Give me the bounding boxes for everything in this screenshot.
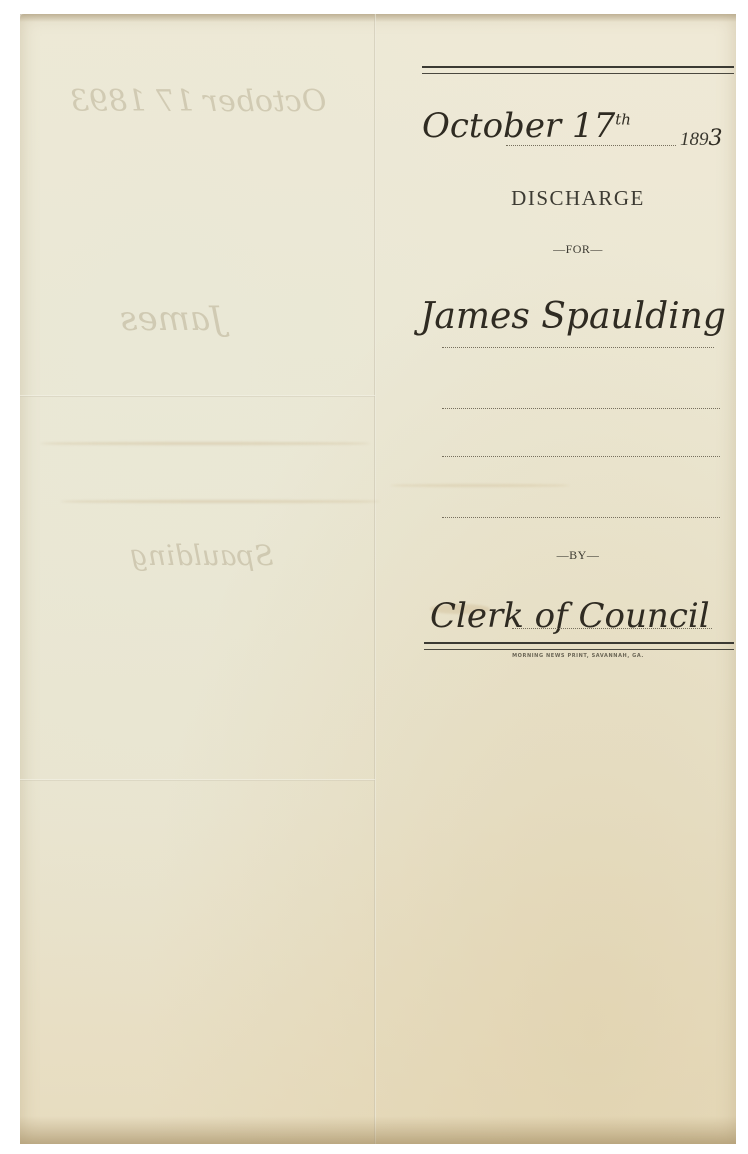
horizontal-fold-crease xyxy=(20,395,375,397)
signature-dotted-line xyxy=(512,628,712,629)
printer-imprint: MORNING NEWS PRINT, SAVANNAH, GA. xyxy=(422,653,734,659)
discharge-document: October 17 1893 James Spaulding October … xyxy=(20,14,736,1144)
printed-year-prefix: 189 xyxy=(680,129,709,150)
top-double-rule xyxy=(422,66,734,74)
water-stain xyxy=(40,442,370,445)
by-label: —BY— xyxy=(422,548,734,563)
for-label: —FOR— xyxy=(422,242,734,257)
date-dotted-line xyxy=(506,145,676,146)
name-dotted-line xyxy=(442,347,714,348)
date-handwritten: October 17th xyxy=(422,106,631,146)
issuer-signature: Clerk of Council xyxy=(430,596,710,636)
year-field: 1893 xyxy=(680,126,723,151)
date-month-day: October 17 xyxy=(422,106,615,146)
bleed-through-name: James xyxy=(120,299,224,339)
bleed-through-date: October 17 1893 xyxy=(70,84,326,119)
blank-dotted-line-1 xyxy=(442,408,720,409)
water-stain xyxy=(60,500,380,503)
date-ordinal: th xyxy=(615,111,631,129)
horizontal-fold-crease xyxy=(20,779,375,781)
vertical-fold-crease xyxy=(374,14,376,1144)
bleed-through-surname: Spaulding xyxy=(130,539,274,572)
form-title: DISCHARGE xyxy=(422,186,734,211)
water-stain xyxy=(390,484,570,487)
blank-dotted-line-2 xyxy=(442,456,720,457)
blank-dotted-line-3 xyxy=(442,517,720,518)
bottom-double-rule xyxy=(424,642,734,650)
recipient-name: James Spaulding xyxy=(420,296,726,337)
handwritten-year-digit: 3 xyxy=(709,126,723,151)
